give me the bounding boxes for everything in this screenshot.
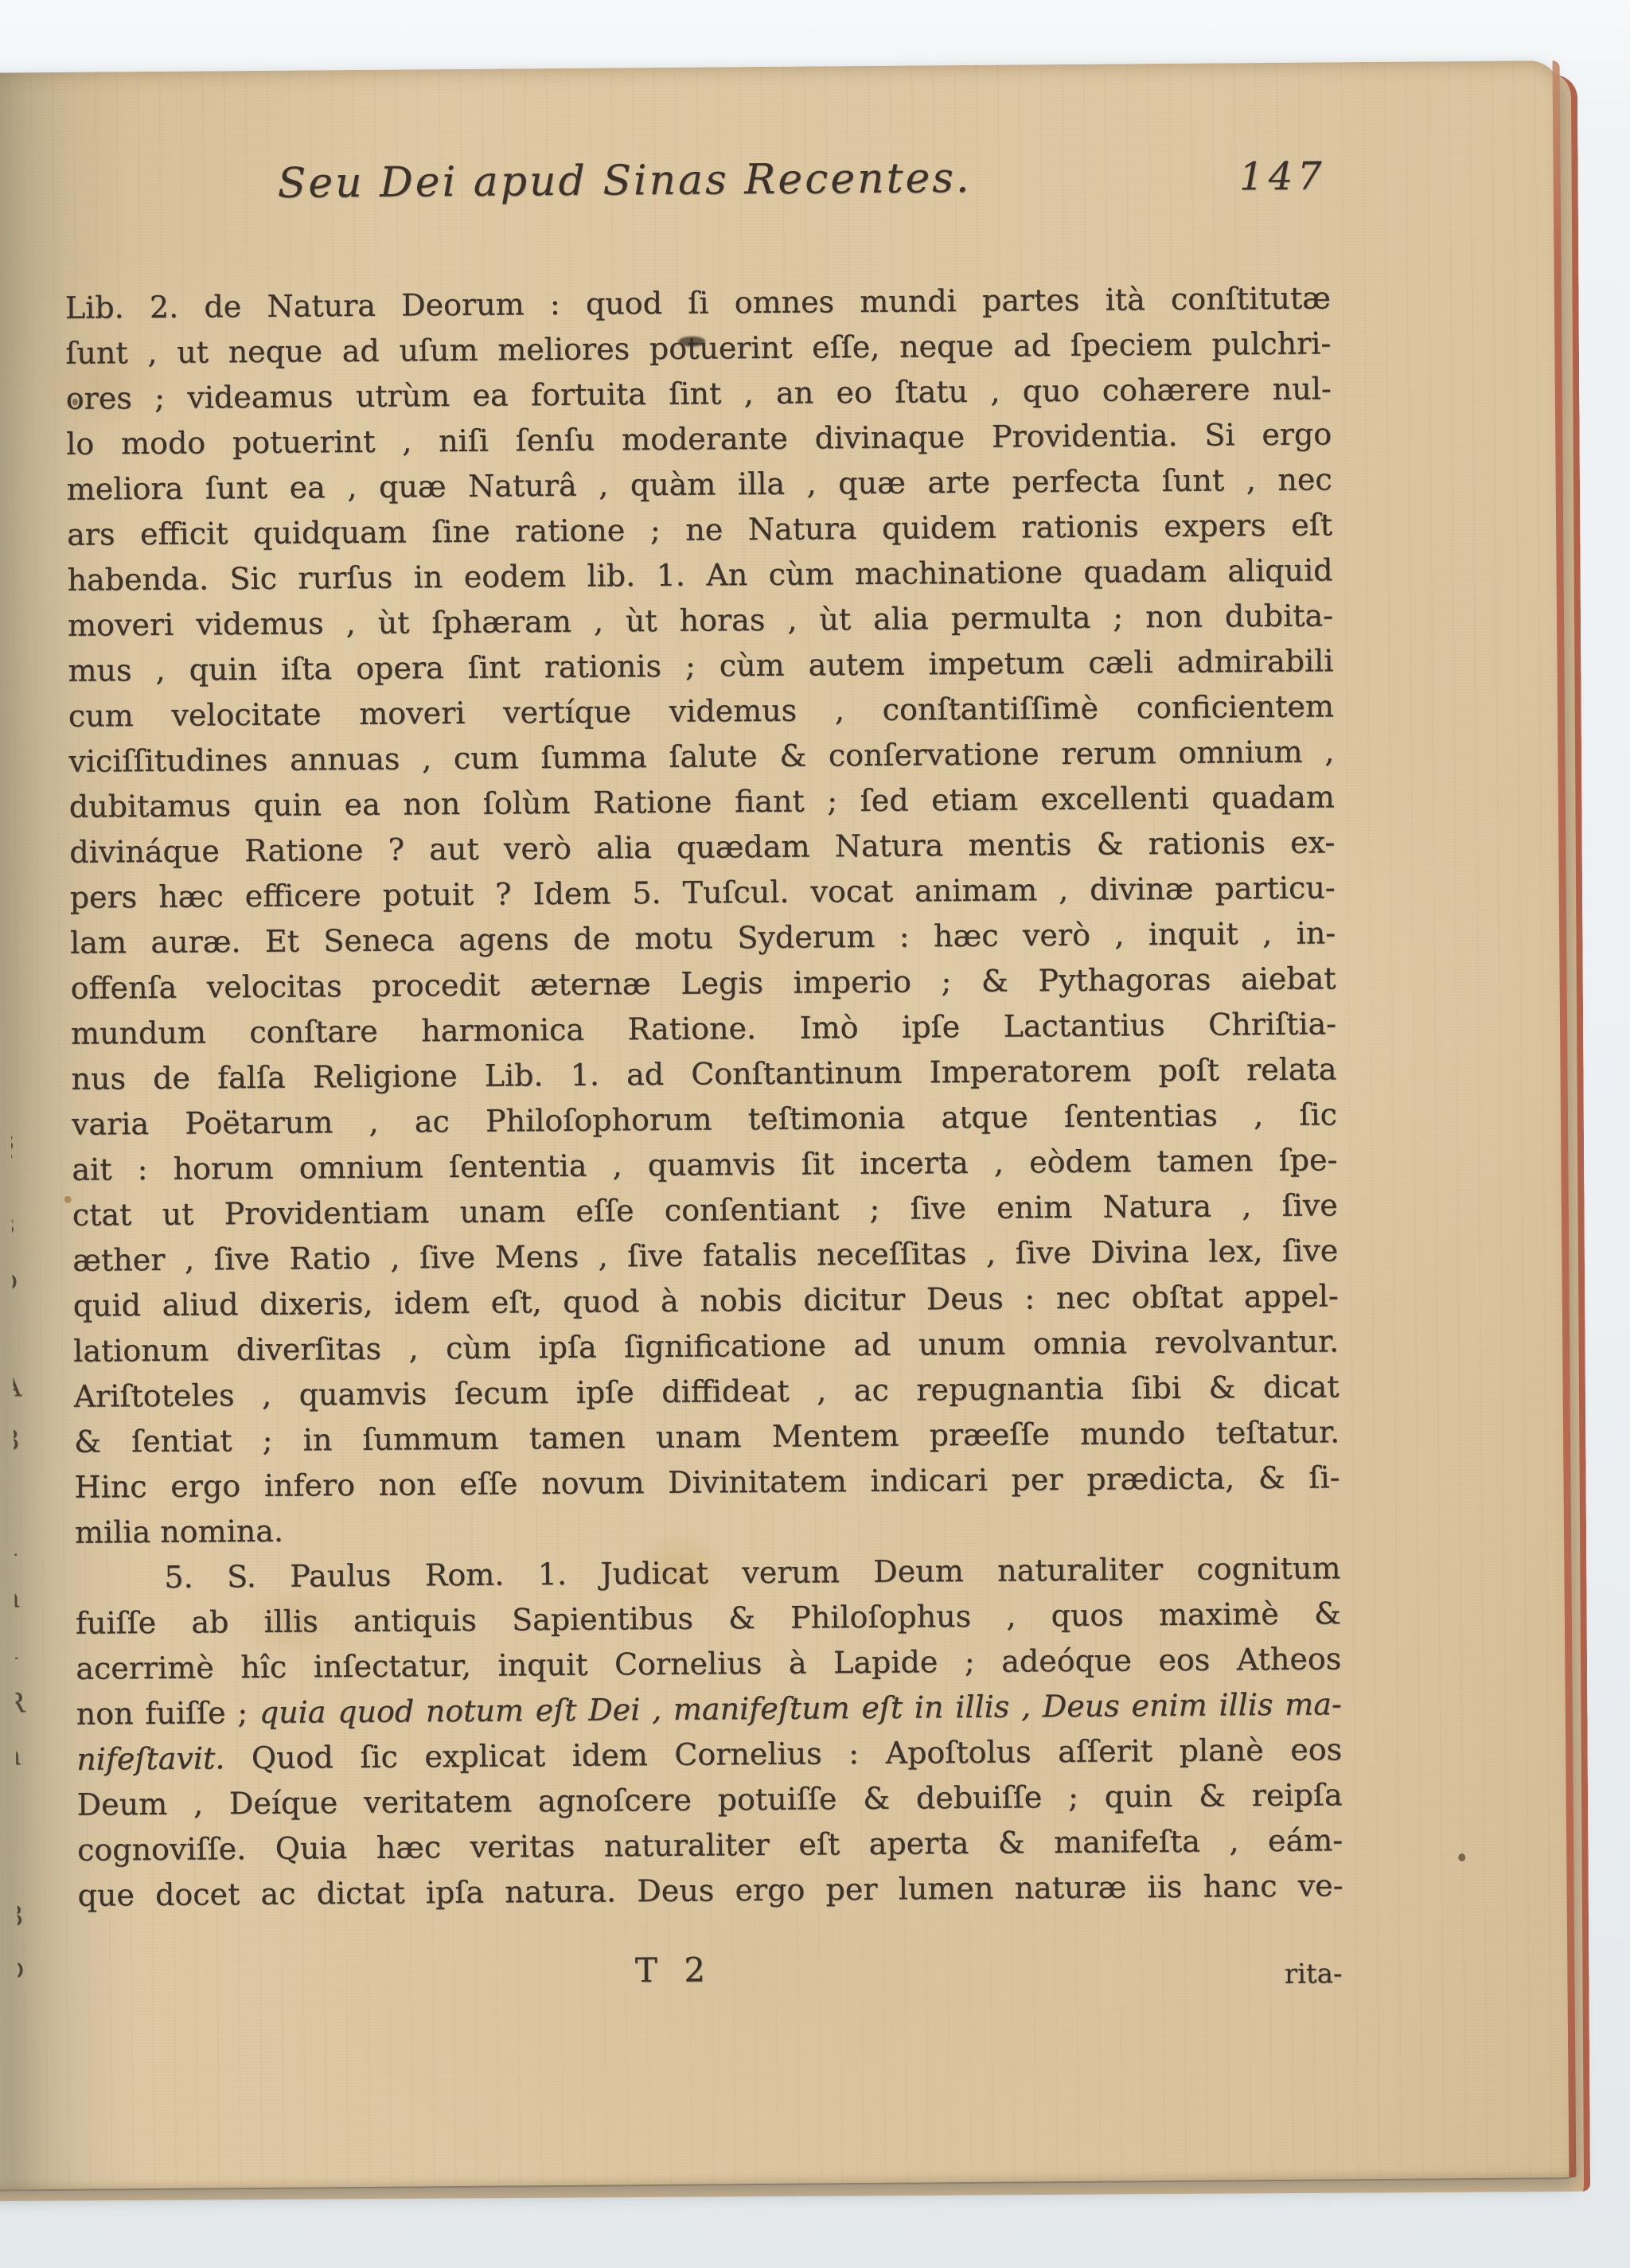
gutter-letter-fragment: 3 [14,1423,25,1458]
body-text: Lib. 2. de Natura Deorum : quod ſi omnes… [65,275,1343,1918]
gutter-letter-fragment: 1 [14,1529,26,1564]
text-block: Seu Dei apud Sinas Recentes. 147 Lib. 2.… [64,62,1344,2010]
gutter-letter-fragment: f [11,1148,23,1183]
gutter-letter-fragment: R [16,1685,28,1720]
gutter-letter-fragment: a [16,1738,28,1773]
scanned-book-page-viewport: sfsolA3l1a1RaIl3p Seu Dei apud Sinas Rec… [0,0,1630,2268]
foxing-speck [1458,1853,1465,1861]
gutter-letter-fragment: l [14,1475,25,1510]
gutter-letter-fragment: a [14,1580,26,1615]
catchword: rita- [1285,1958,1343,1990]
page-footer: T 2 rita- [78,1945,1344,2010]
signature-mark: T 2 [635,1950,713,1989]
gutter-letter-fragment: o [12,1262,24,1297]
book-page: sfsolA3l1a1RaIl3p Seu Dei apud Sinas Rec… [0,60,1576,2190]
running-title: Seu Dei apud Sinas Recentes. [277,154,971,208]
gutter-letter-fragment: p [18,1950,29,1985]
gutter-letter-fragment: 1 [15,1632,27,1667]
gutter-letter-fragment: A [13,1370,25,1405]
gutter-letter-fragment: l [17,1845,29,1880]
gutter-letter-fragment: l [13,1316,25,1351]
gutter-letter-fragment: I [17,1791,29,1826]
gutter-letter-fragment: s [12,1206,24,1241]
page-header: Seu Dei apud Sinas Recentes. 147 [64,151,1330,237]
gutter-letter-fragment: 3 [18,1899,29,1934]
page-number: 147 [1239,154,1330,199]
text-line: que docet ac dictat ipſa natura. Deus er… [77,1863,1343,1918]
